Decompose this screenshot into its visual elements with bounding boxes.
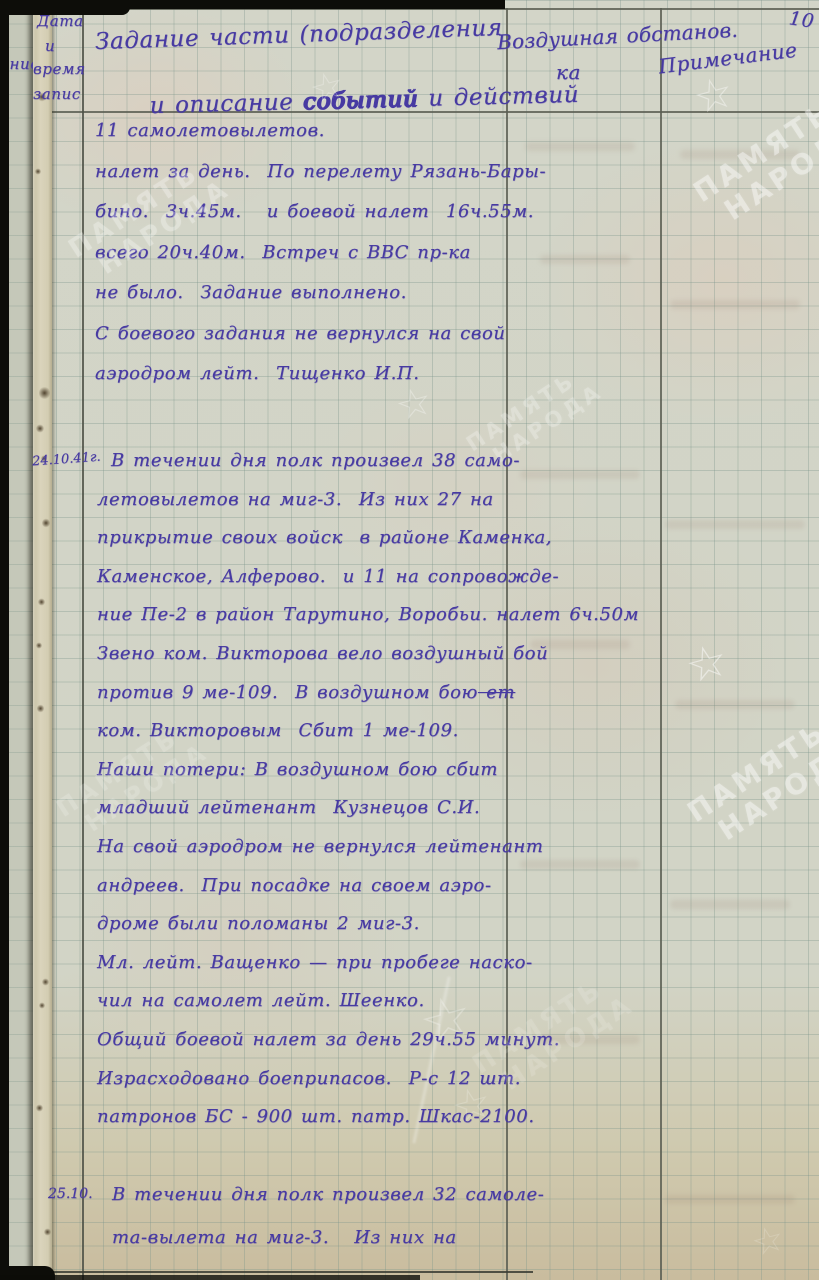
bleed-mark (665, 520, 805, 529)
task-header-text: и действий (418, 82, 579, 112)
bleed-mark (670, 900, 790, 909)
stain (36, 424, 44, 433)
bleed-mark (525, 142, 635, 151)
rule-bottom (33, 1271, 533, 1273)
previous-page-sliver (9, 0, 33, 1280)
stain (35, 168, 41, 175)
scan-edge-top-corner (0, 0, 130, 15)
stain (42, 978, 49, 986)
bleed-mark (520, 470, 640, 479)
task-header-text: и описание (149, 89, 303, 119)
scan-edge-bottom (0, 1275, 420, 1280)
stain (39, 1002, 45, 1009)
bleed-mark (670, 300, 800, 309)
rule-col-date (82, 8, 84, 1280)
stain (36, 642, 42, 649)
date-column-header-line: и (45, 37, 55, 55)
rule-col-notes (660, 8, 662, 1280)
binding-fold (33, 0, 52, 1280)
bleed-mark (530, 640, 630, 649)
air-column-header-line2: ка (556, 60, 581, 84)
stain (38, 598, 45, 606)
stain (39, 386, 50, 400)
scanned-journal-page: ание Дата и время запис Задание части (п… (0, 0, 819, 1280)
stain (44, 1228, 51, 1236)
bleed-mark (675, 700, 795, 709)
date-column-header-line: запис (33, 85, 81, 103)
entry-date: 25.10. (48, 1186, 93, 1202)
page-number: 10 (788, 7, 816, 32)
stain (42, 518, 50, 528)
bleed-mark (665, 1195, 795, 1204)
bleed-mark (540, 255, 630, 264)
stain (36, 1104, 43, 1112)
stain (37, 704, 44, 713)
bleed-mark (520, 860, 640, 869)
scan-edge-left (0, 0, 9, 1280)
date-column-header-line: время (33, 60, 86, 78)
